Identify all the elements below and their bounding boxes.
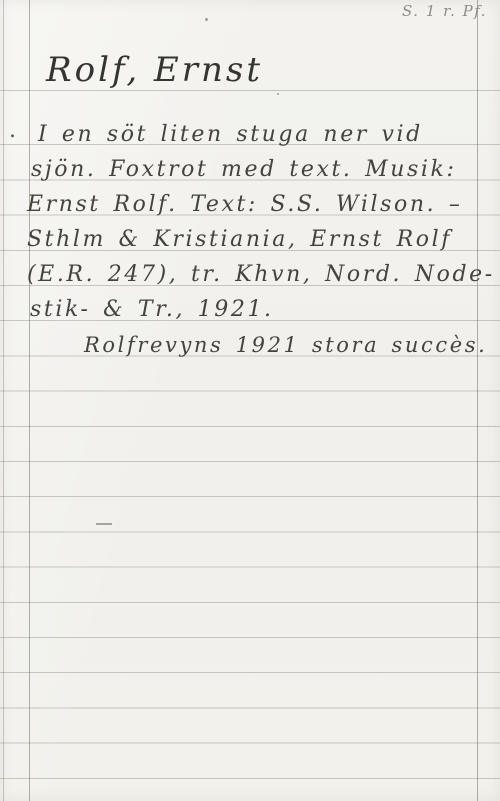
paper-speck: [277, 93, 279, 95]
entry-line-6: stik- & Tr., 1921.: [30, 292, 274, 327]
entry-line-3: Ernst Rolf. Text: S.S. Wilson. –: [27, 187, 462, 222]
card-heading-author: Rolf, Ernst: [46, 50, 263, 90]
paper-mark: [96, 523, 112, 525]
right-margin-line: [477, 0, 478, 801]
entry-line-note: Rolfrevyns 1921 stora succès.: [84, 328, 487, 363]
left-margin-line: [29, 0, 30, 801]
entry-line-2: sjön. Foxtrot med text. Musik:: [31, 152, 456, 187]
catalog-card: S. 1 r. Pf. Rolf, Ernst . I en söt liten…: [0, 0, 500, 801]
paper-speck: [205, 18, 208, 21]
heading-underline: [0, 90, 500, 91]
card-left-edge-line: [3, 0, 4, 801]
entry-line-1: I en söt liten stuga ner vid: [38, 117, 423, 152]
entry-line-5: (E.R. 247), tr. Khvn, Nord. Node-: [27, 257, 495, 292]
entry-line-4: Sthlm & Kristiania, Ernst Rolf: [27, 222, 452, 257]
shelf-mark: S. 1 r. Pf.: [402, 2, 487, 20]
margin-mark: .: [9, 118, 16, 143]
